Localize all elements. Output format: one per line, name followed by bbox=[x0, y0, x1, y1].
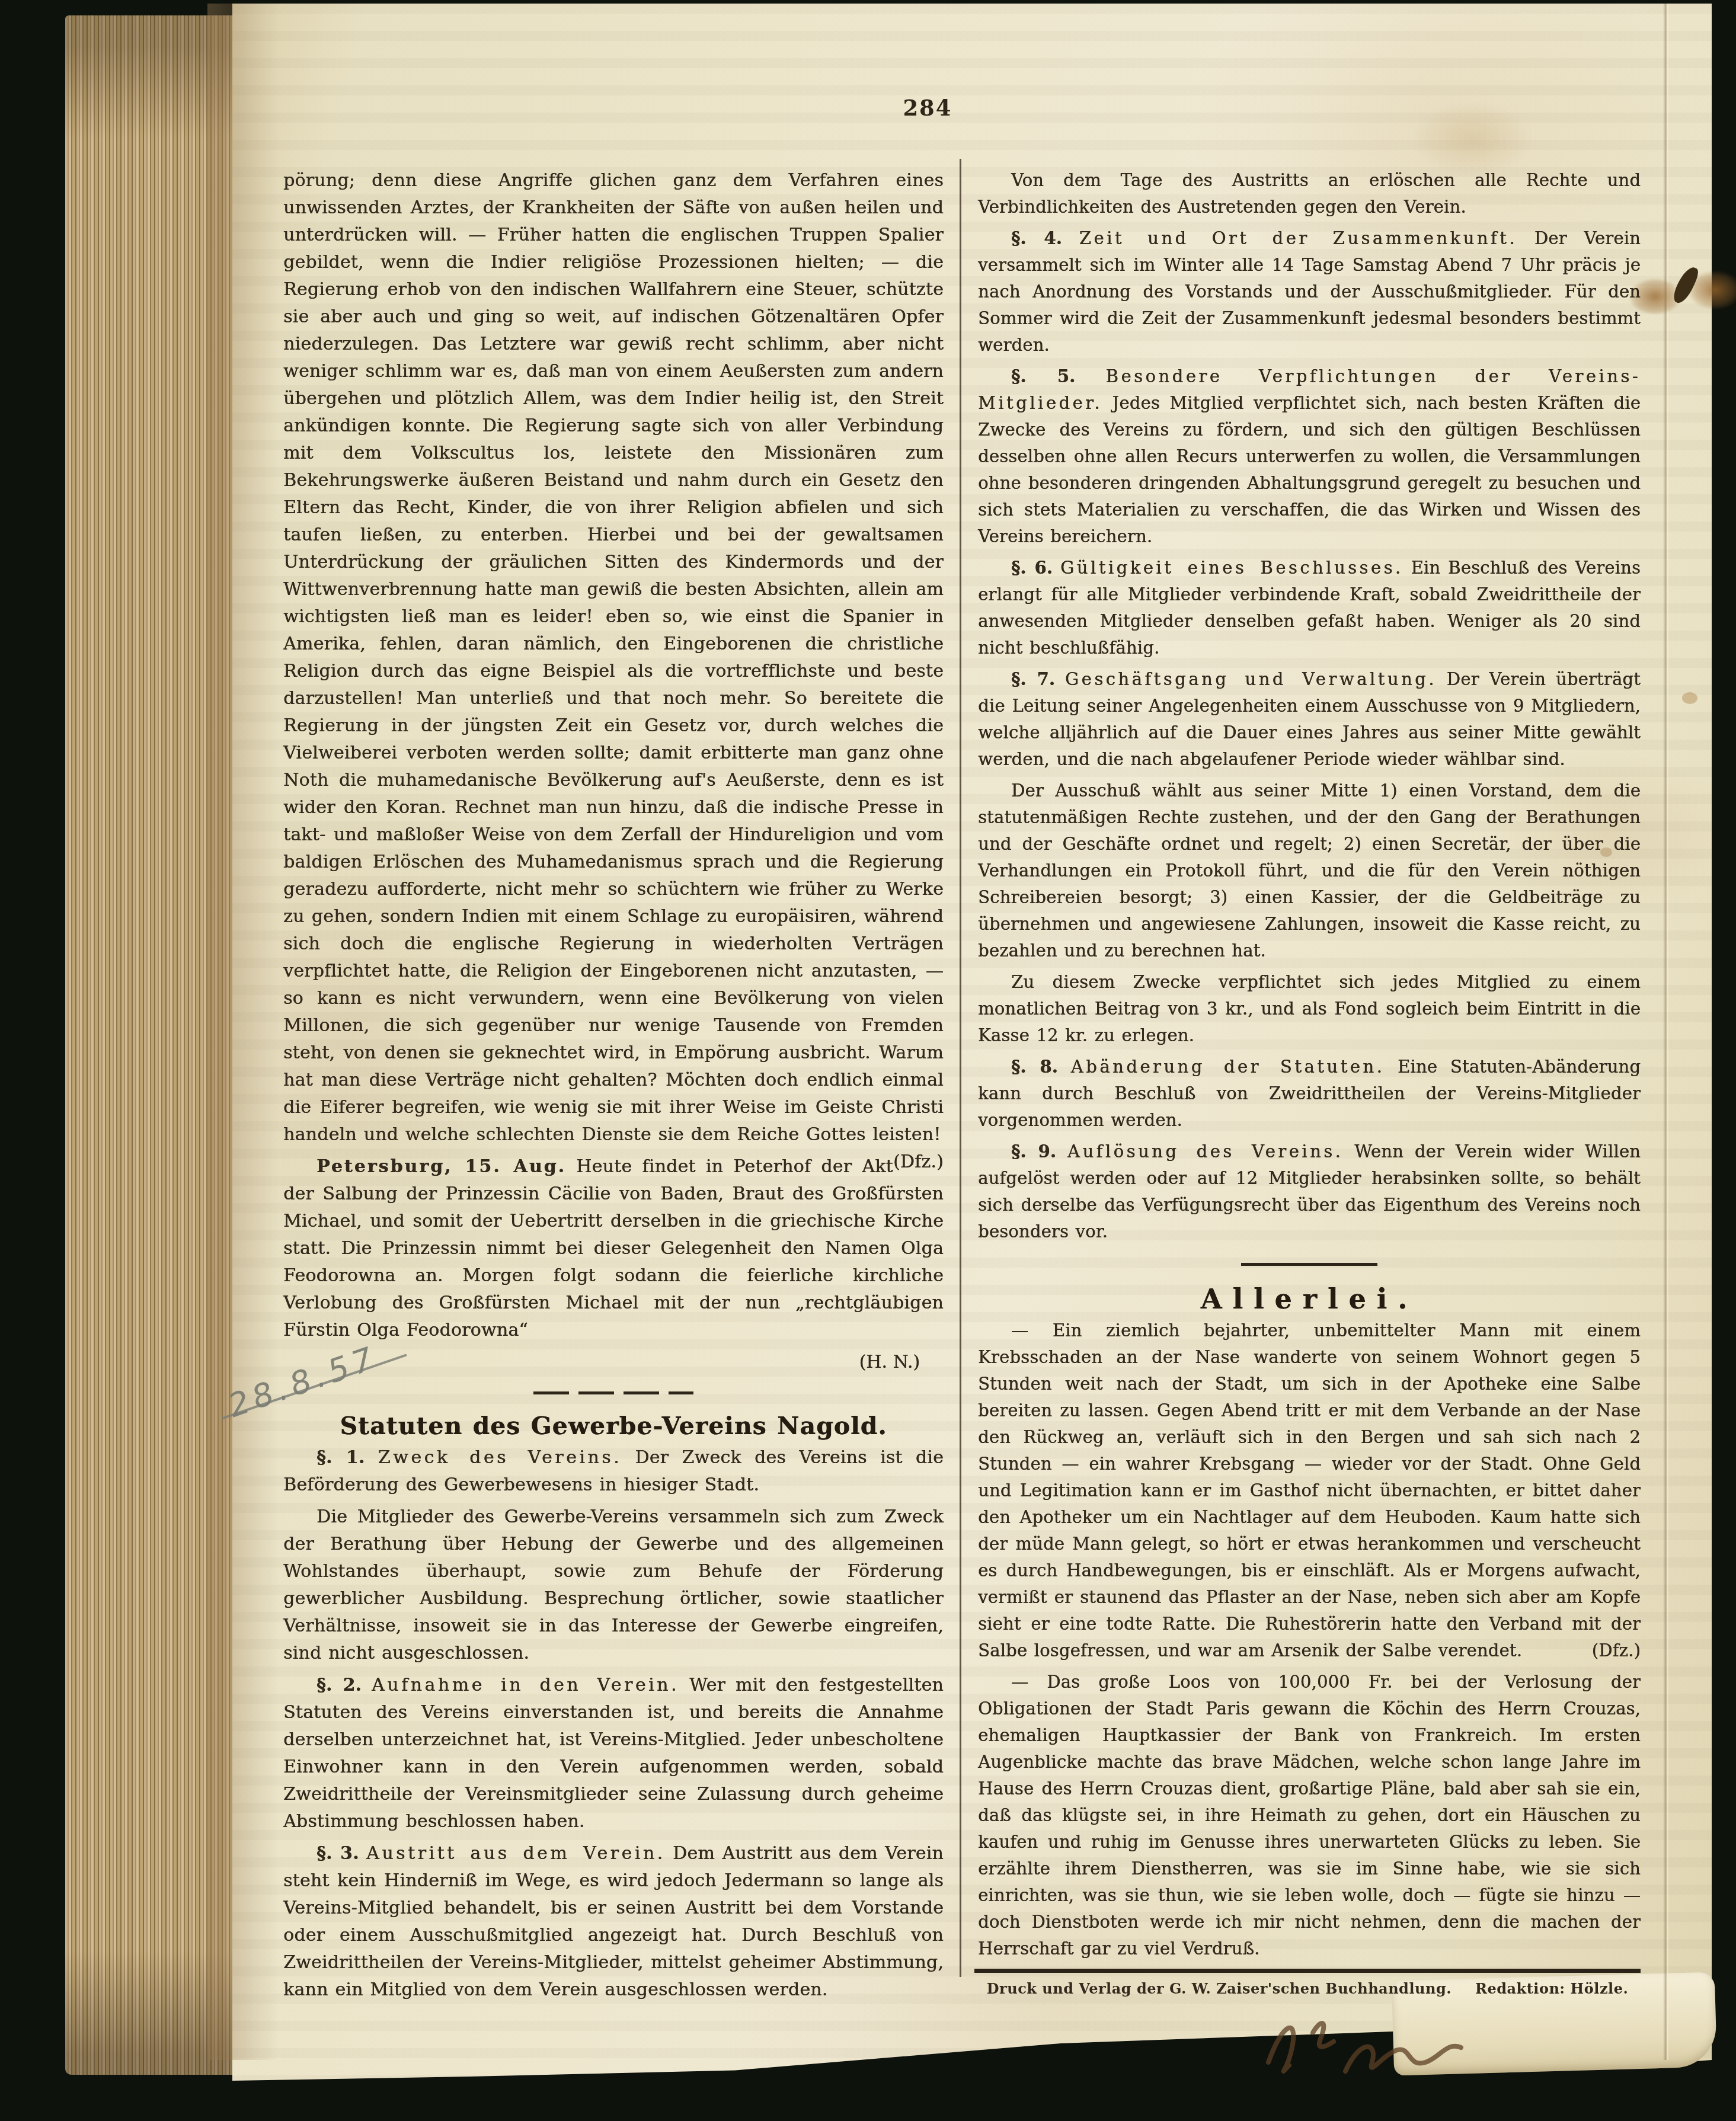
members-paragraph: Die Mitglieder des Gewerbe-Vereins versa… bbox=[283, 1503, 944, 1667]
statute-7-title: Geschäftsgang und Verwaltung. bbox=[1065, 669, 1437, 689]
misc-item-text: — Ein ziemlich bejahrter, unbemittelter … bbox=[978, 1320, 1641, 1661]
petersburg-text: Heute findet in Peterhof der Akt der Sal… bbox=[283, 1156, 944, 1341]
statute-9-label: §. 9. bbox=[1011, 1141, 1056, 1162]
imprint-publisher: Druck und Verlag der G. W. Zaiser'schen … bbox=[987, 1980, 1452, 1997]
left-column: pörung; denn diese Angriffe glichen ganz… bbox=[283, 167, 944, 2008]
statute-1-label: §. 1. bbox=[316, 1447, 365, 1468]
statute-2-label: §. 2. bbox=[316, 1675, 362, 1695]
dues-paragraph: Zu diesem Zwecke verpflichtet sich jedes… bbox=[978, 969, 1641, 1049]
statute-5-label: §. 5. bbox=[1011, 366, 1075, 386]
imprint: Druck und Verlag der G. W. Zaiser'schen … bbox=[974, 1969, 1641, 1997]
statute-2: §. 2. Aufnahme in den Verein. Wer mit de… bbox=[283, 1672, 944, 1835]
imprint-redaktion: Redaktion: Hölzle. bbox=[1475, 1980, 1628, 1997]
statute-9-title: Auflösung des Vereins. bbox=[1067, 1141, 1343, 1162]
ink-scribble bbox=[1257, 2006, 1529, 2095]
withdraw-paragraph: Von dem Tage des Austritts an erlöschen … bbox=[978, 167, 1641, 220]
statute-4-label: §. 4. bbox=[1011, 228, 1062, 248]
statute-6: §. 6. Gültigkeit eines Beschlusses. Ein … bbox=[978, 555, 1641, 661]
correspondent-mark: (Dfz.) bbox=[893, 1149, 944, 1176]
page-number: 284 bbox=[848, 95, 1008, 121]
statute-7-label: §. 7. bbox=[1011, 669, 1055, 689]
committee-paragraph: Der Ausschuß wählt aus seiner Mitte 1) e… bbox=[978, 778, 1641, 964]
statute-2-title: Aufnahme in den Verein. bbox=[372, 1675, 679, 1695]
article-india-text: pörung; denn diese Angriffe glichen ganz… bbox=[283, 170, 944, 1145]
scanned-newspaper-page: 284 pörung; denn diese Angriffe glichen … bbox=[0, 0, 1736, 2121]
foxing-spot bbox=[1411, 101, 1535, 178]
statute-8: §. 8. Abänderung der Statuten. Eine Stat… bbox=[978, 1054, 1641, 1134]
article-india-continuation: pörung; denn diese Angriffe glichen ganz… bbox=[283, 167, 944, 1149]
statute-8-label: §. 8. bbox=[1011, 1057, 1058, 1077]
foxing-spot bbox=[1682, 692, 1697, 704]
statute-1-title: Zweck des Vereins. bbox=[378, 1447, 622, 1468]
statute-6-label: §. 6. bbox=[1011, 558, 1053, 578]
section-divider bbox=[1241, 1263, 1377, 1266]
statute-5-text: Jedes Mitglied verpflichtet sich, nach b… bbox=[978, 393, 1641, 546]
page-edge-shadow bbox=[207, 4, 279, 2060]
dateline: Petersburg, 15. Aug. bbox=[316, 1156, 566, 1177]
statute-3-text: Dem Austritt aus dem Verein steht kein H… bbox=[283, 1843, 944, 2000]
statute-1: §. 1. Zweck des Vereins. Der Zweck des V… bbox=[283, 1444, 944, 1499]
statute-4: §. 4. Zeit und Ort der Zusammenkunft. De… bbox=[978, 225, 1641, 359]
statute-5: §. 5. Besondere Verpflichtungen der Vere… bbox=[978, 363, 1641, 550]
section-divider bbox=[533, 1391, 693, 1394]
statute-8-title: Abänderung der Statuten. bbox=[1071, 1057, 1385, 1077]
statutes-heading: Statuten des Gewerbe-Vereins Nagold. bbox=[283, 1412, 944, 1439]
petersburg-report: Petersburg, 15. Aug. Heute findet in Pet… bbox=[283, 1153, 944, 1344]
statute-9: §. 9. Auflösung des Vereins. Wenn der Ve… bbox=[978, 1138, 1641, 1245]
misc-heading: Allerlei. bbox=[978, 1286, 1641, 1313]
right-column: Von dem Tage des Austritts an erlöschen … bbox=[978, 167, 1641, 1967]
statute-3-label: §. 3. bbox=[316, 1843, 359, 1864]
statute-3: §. 3. Austritt aus dem Verein. Dem Austr… bbox=[283, 1840, 944, 2004]
statute-4-title: Zeit und Ort der Zusammenkunft. bbox=[1079, 228, 1517, 248]
misc-item-lottery-story: — Das große Loos von 100,000 Fr. bei der… bbox=[978, 1669, 1641, 1962]
misc-item-rat-story: — Ein ziemlich bejahrter, unbemittelter … bbox=[978, 1317, 1641, 1664]
statute-2-text: Wer mit den festgestellten Statuten des … bbox=[283, 1675, 944, 1832]
statute-7: §. 7. Geschäftsgang und Verwaltung. Der … bbox=[978, 666, 1641, 773]
correspondent-mark: (Dfz.) bbox=[1592, 1637, 1641, 1664]
column-divider-rule bbox=[960, 159, 961, 1977]
statute-3-title: Austritt aus dem Verein. bbox=[366, 1843, 666, 1864]
statute-6-title: Gültigkeit eines Beschlusses. bbox=[1060, 558, 1403, 578]
